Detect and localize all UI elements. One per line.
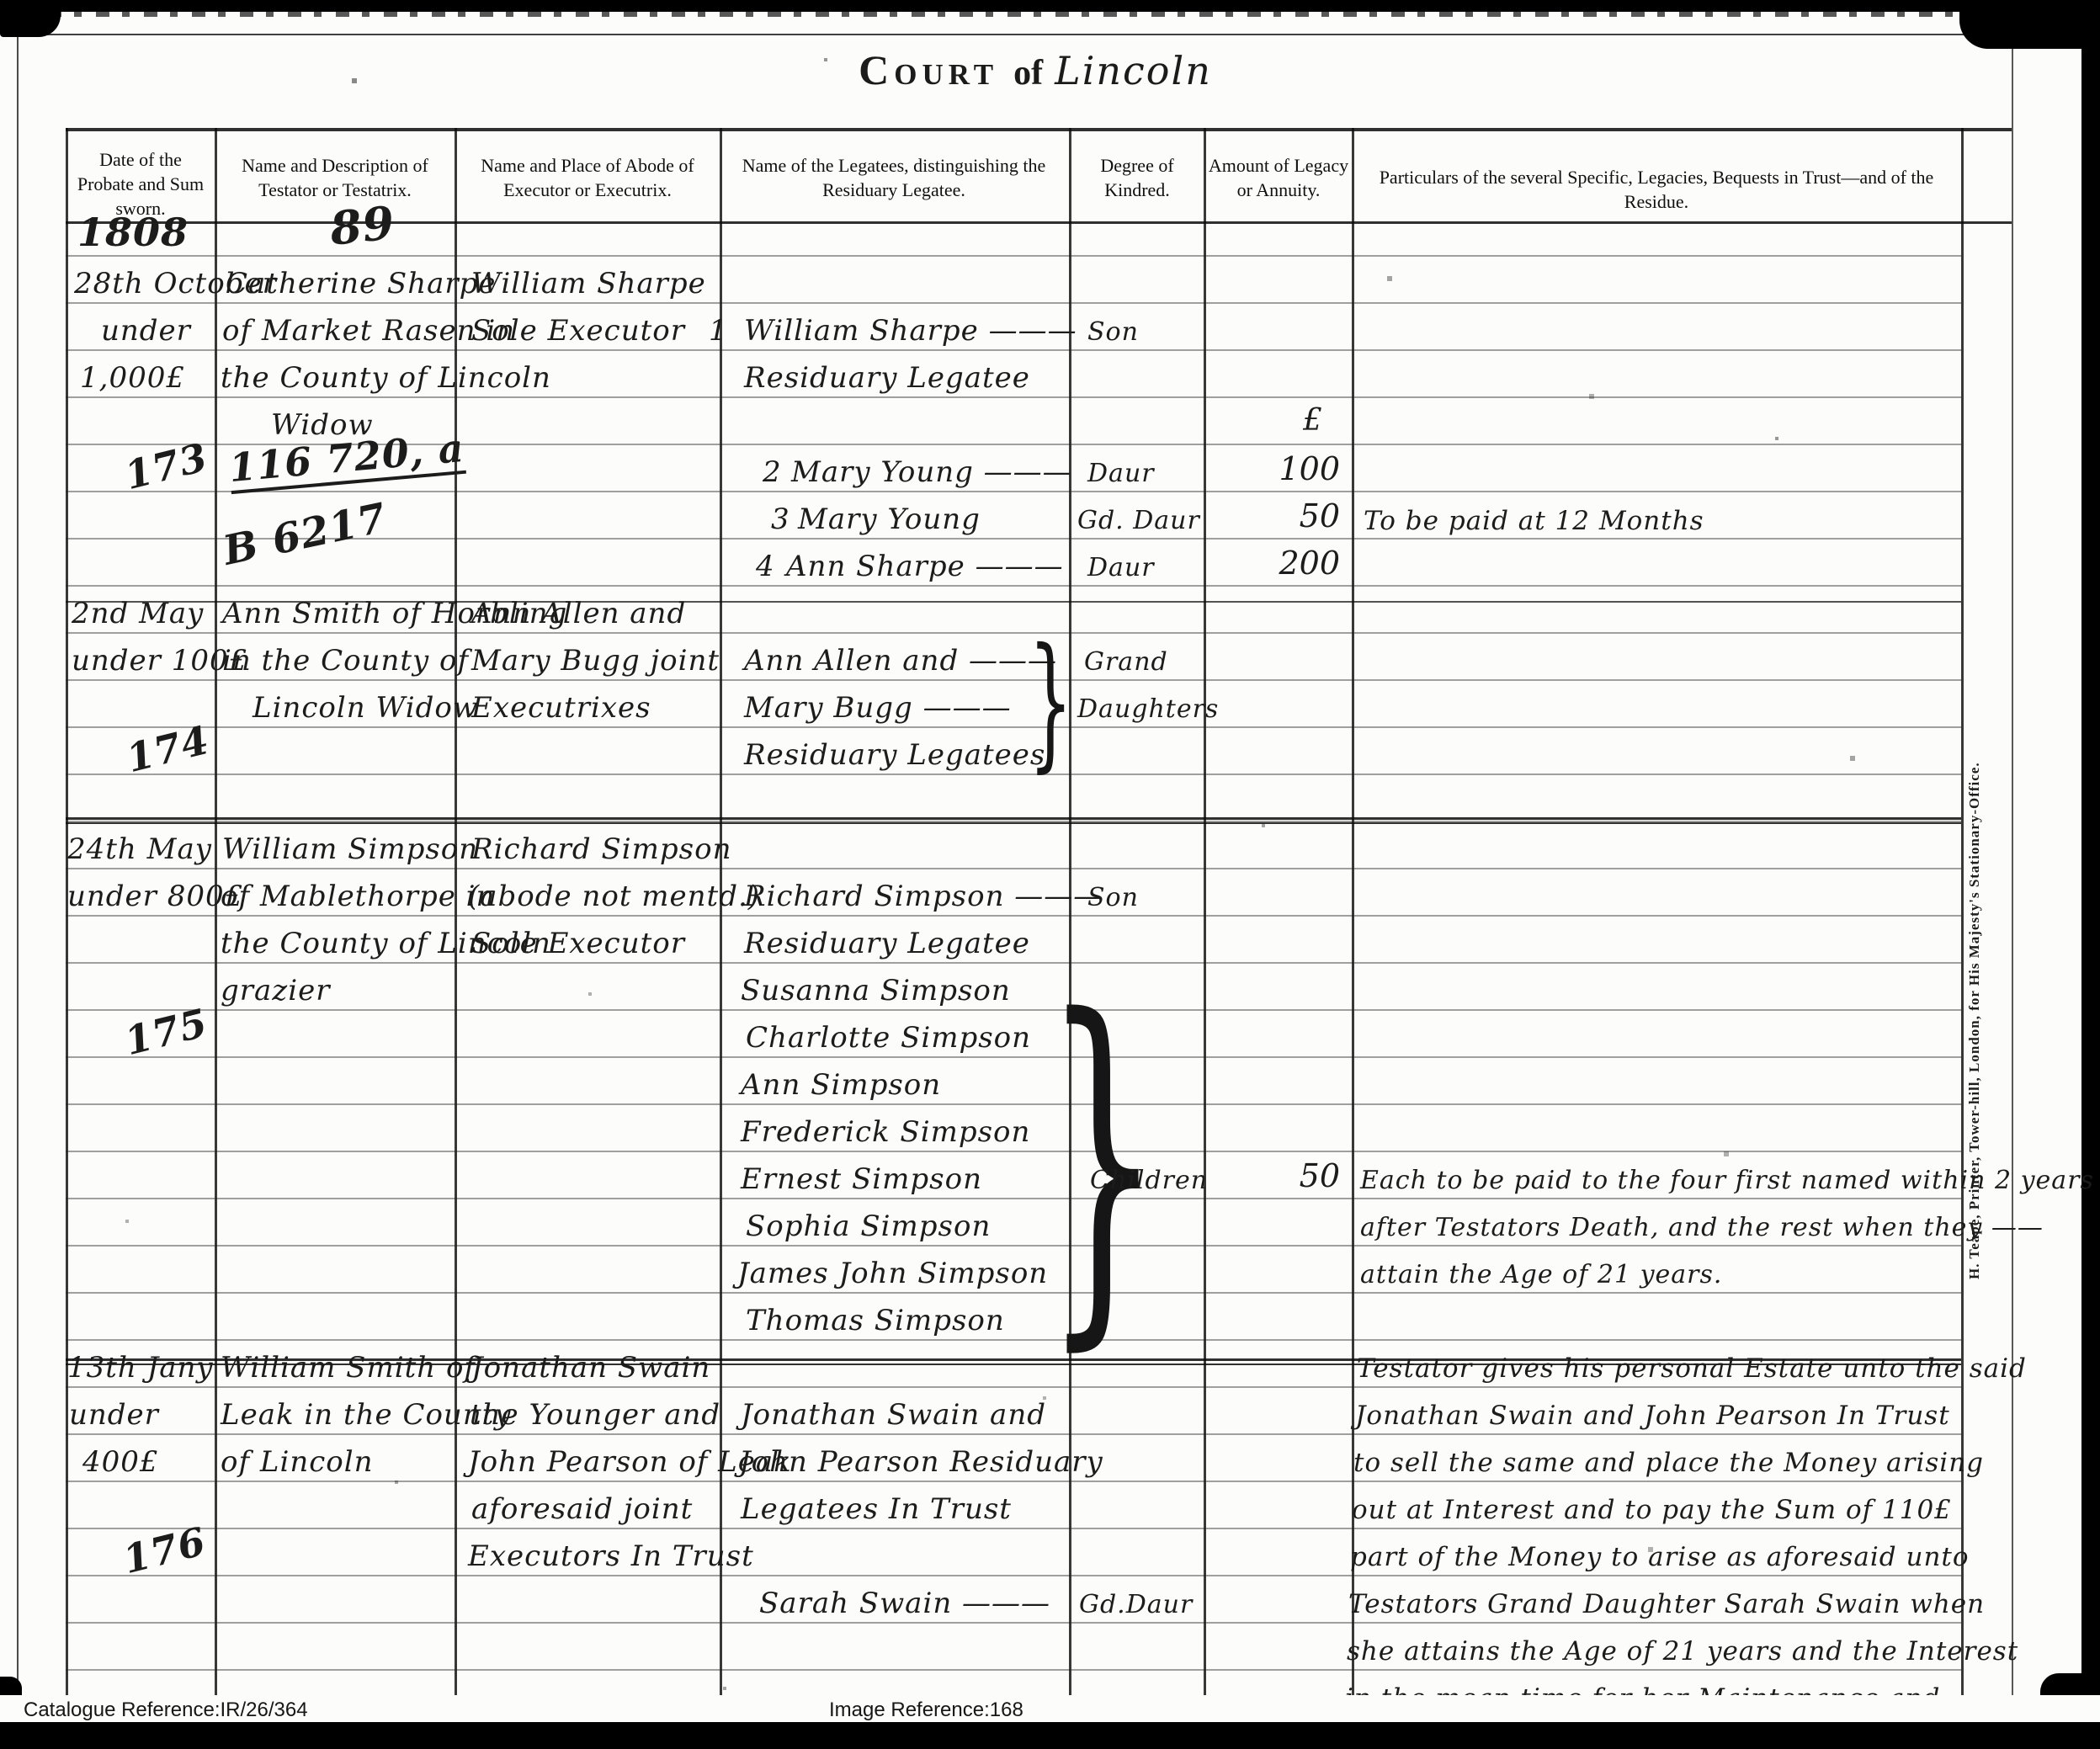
legatee-name: Jonathan Swain and	[741, 1398, 1046, 1432]
testator-line: Catherine Sharpe	[226, 267, 497, 300]
legatee-name: John Pearson Residuary	[739, 1445, 1103, 1479]
executor-line: Executors In Trust	[468, 1539, 754, 1573]
printer-imprint: H. Teape, Printer, Tower-hill, London, f…	[1966, 783, 1983, 1279]
legatee-name: Ann Sharpe ———	[786, 550, 1064, 583]
legacy-amount: 50	[1204, 1157, 1340, 1194]
children-brace: }	[1044, 972, 1162, 1350]
kindred-value: Daur	[1087, 553, 1155, 582]
kindred-value: Son	[1087, 883, 1139, 912]
executor-line: Mary Bugg joint	[471, 644, 720, 678]
testator-line: of Mablethorpe in	[221, 880, 495, 913]
testator-line: William Smith of	[221, 1351, 476, 1385]
folio-number: 175	[120, 1000, 212, 1064]
scanned-ledger-page: CourtofLincoln Date of the Probate and S…	[0, 0, 2100, 1749]
catalogue-reference: Catalogue Reference:IR/26/364	[24, 1698, 308, 1722]
kindred-value: Gd.Daur	[1079, 1590, 1193, 1619]
probate-date-line: 2nd May	[72, 597, 204, 630]
particulars-line: out at Interest and to pay the Sum of 11…	[1352, 1495, 1952, 1525]
reference-annotation: B 6217	[219, 494, 391, 575]
scan-bottom-border	[0, 1722, 2100, 1749]
legacy-amount: 50	[1204, 497, 1340, 534]
sum-sworn: under 100£	[72, 644, 247, 678]
executor-line: Richard Simpson	[471, 832, 732, 866]
legatee-name: Frederick Simpson	[741, 1115, 1030, 1149]
testator-line: Lincoln Widow	[253, 691, 478, 725]
legatee-number: 2	[763, 455, 782, 489]
executor-line: (abode not mentd.)	[468, 880, 760, 913]
legatee-name: Residuary Legatee	[744, 927, 1030, 960]
executor-line: the Younger and	[470, 1398, 720, 1432]
legatee-name: Ann Simpson	[741, 1068, 941, 1102]
column-divider	[1961, 128, 1964, 1722]
testator-line: of Lincoln	[221, 1445, 374, 1479]
column-divider	[720, 128, 722, 1722]
title-of: of	[1013, 54, 1043, 93]
kindred-value: Son	[1087, 317, 1139, 347]
table-frame-top	[66, 128, 2012, 131]
column-header-executor: Name and Place of Abode of Executor or E…	[458, 153, 717, 202]
column-divider	[1204, 128, 1206, 1722]
executor-line: Executrixes	[471, 691, 651, 725]
legatee-number: 3	[771, 502, 790, 536]
currency-mark: £	[1303, 403, 1323, 438]
column-header-amount: Amount of Legacy or Annuity.	[1207, 153, 1350, 202]
column-divider	[1352, 128, 1354, 1722]
particulars-line: Testator gives his personal Estate unto …	[1357, 1353, 2027, 1384]
legatee-name: William Sharpe ———	[744, 314, 1077, 348]
probate-date-line: 13th Jany	[67, 1351, 214, 1385]
probate-date-line: 24th May	[67, 832, 212, 866]
column-divider	[215, 128, 217, 1722]
page-edge-left	[17, 34, 19, 1722]
kindred-value: Children	[1090, 1166, 1208, 1195]
legatee-number: 4	[756, 550, 775, 583]
year-heading: 1808	[77, 210, 189, 255]
particulars-line: To be paid at 12 Months	[1364, 506, 1704, 536]
particulars-line: part of the Money to arise as aforesaid …	[1350, 1542, 1970, 1572]
particulars-line: Jonathan Swain and John Pearson In Trust	[1355, 1401, 1950, 1431]
legatee-name: Thomas Simpson	[746, 1304, 1005, 1337]
testator-line: in the County of	[222, 644, 469, 678]
scan-corner-blob	[0, 0, 61, 37]
executor-line: Sole Executor	[471, 314, 685, 348]
image-reference: Image Reference:168	[829, 1698, 1023, 1722]
particulars-line: she attains the Age of 21 years and the …	[1347, 1636, 2018, 1667]
kindred-value: Daughters	[1077, 694, 1219, 724]
column-header-kindred: Degree of Kindred.	[1072, 153, 1202, 202]
column-divider	[1069, 128, 1071, 1722]
legatee-name: Richard Simpson ———	[744, 880, 1103, 913]
kindred-value: Daur	[1087, 459, 1155, 488]
sum-sworn: under	[69, 1398, 159, 1432]
particulars-line: to sell the same and place the Money ari…	[1353, 1448, 1984, 1478]
entry-separator	[66, 822, 1961, 824]
legatee-name: Sarah Swain ———	[759, 1587, 1050, 1620]
testator-line: the County of Lincoln	[221, 361, 551, 395]
executor-line: Jonathan Swain	[471, 1351, 710, 1385]
legatee-name: Ernest Simpson	[741, 1162, 982, 1196]
entry-number: 89	[327, 195, 397, 256]
particulars-line: attain the Age of 21 years.	[1360, 1260, 1722, 1289]
scan-right-border	[2081, 0, 2100, 1749]
column-divider	[66, 128, 68, 1722]
column-header-testator: Name and Description of Testator or Test…	[217, 153, 453, 202]
particulars-line: after Testators Death, and the rest when…	[1360, 1213, 2044, 1242]
legatee-name: James John Simpson	[737, 1257, 1048, 1290]
particulars-line: Testators Grand Daughter Sarah Swain whe…	[1348, 1589, 1985, 1619]
footer-band	[0, 1695, 2100, 1722]
legatee-name: Susanna Simpson	[741, 974, 1011, 1007]
column-header-particulars: Particulars of the several Specific, Leg…	[1355, 165, 1958, 214]
folio-number: 173	[120, 434, 212, 498]
legacy-amount: 100	[1204, 450, 1340, 487]
legatee-number: 1	[709, 314, 728, 348]
sum-sworn: 400£	[82, 1445, 159, 1479]
kindred-value: Grand	[1084, 647, 1168, 677]
legatee-name: Charlotte Simpson	[746, 1021, 1031, 1055]
legatee-name: Mary Young	[798, 502, 981, 536]
title-court: Court	[859, 46, 998, 93]
sum-sworn: 1,000£	[80, 361, 185, 395]
page-edge-right	[2012, 34, 2013, 1722]
kindred-value: Gd. Daur	[1077, 506, 1200, 535]
particulars-line: Each to be paid to the four first named …	[1360, 1166, 2094, 1195]
page-edge-top	[17, 34, 2081, 35]
sum-sworn: under 800£	[67, 880, 243, 913]
entry-separator	[66, 817, 1961, 820]
legatee-name: Ann Allen and ———	[744, 644, 1057, 678]
probate-date-line: under	[101, 314, 191, 348]
executor-line: aforesaid joint	[471, 1492, 693, 1526]
executor-line: Ann Allen and	[471, 597, 686, 630]
legatee-name: Mary Bugg ———	[744, 691, 1012, 725]
scan-top-border	[0, 0, 2100, 12]
legatee-name: Residuary Legatees	[744, 738, 1045, 772]
executor-line: William Sharpe	[471, 267, 706, 300]
scan-speckles	[0, 0, 2, 2]
reference-annotation: 116 720, a	[227, 425, 466, 494]
title-district: Lincoln	[1055, 48, 1212, 93]
testator-line: Leak in the County	[221, 1398, 512, 1432]
folio-number: 176	[119, 1518, 210, 1582]
legatee-name: Residuary Legatee	[744, 361, 1030, 395]
legatee-name: Sophia Simpson	[746, 1209, 991, 1243]
testator-line: grazier	[221, 974, 330, 1007]
folio-number: 174	[122, 717, 214, 781]
scan-top-smudge	[0, 11, 2100, 17]
scan-corner-blob	[1959, 0, 2100, 49]
executor-line: Sole Executor	[471, 927, 685, 960]
page-title: CourtofLincoln	[0, 45, 2071, 94]
legatee-name: Mary Young ———	[791, 455, 1072, 489]
column-header-legatees: Name of the Legatees, distinguishing the…	[722, 153, 1066, 202]
grand-daughters-brace: }	[1029, 630, 1072, 775]
legatee-name: Legatees In Trust	[741, 1492, 1012, 1526]
testator-line: William Simpson	[222, 832, 478, 866]
legacy-amount: 200	[1204, 545, 1340, 582]
